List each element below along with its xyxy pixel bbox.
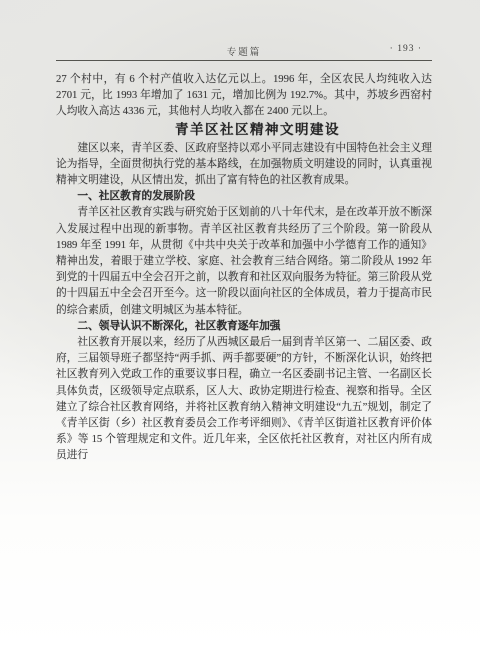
header-page-number: · 193 · bbox=[390, 44, 422, 54]
header-section-label: 专题篇 bbox=[56, 44, 432, 58]
scanned-book-page: 专题篇 · 193 · 27 个村中，有 6 个村产值收入达亿元以上。1996 … bbox=[0, 0, 480, 651]
section-heading-2: 二、领导认识不断深化，社区教育逐年加强 bbox=[56, 318, 432, 334]
section-heading-1: 一、社区教育的发展阶段 bbox=[56, 188, 432, 204]
section-1-paragraph: 青羊区社区教育实践与研究始于区划前的八十年代末，是在改革开放不断深入发展过程中出… bbox=[56, 204, 432, 317]
article-title: 青羊区社区精神文明建设 bbox=[56, 120, 432, 140]
intro-paragraph: 27 个村中，有 6 个村产值收入达亿元以上。1996 年，全区农民人均纯收入达… bbox=[56, 71, 432, 120]
running-header: 专题篇 · 193 · bbox=[56, 44, 432, 61]
section-2-paragraph: 社区教育开展以来，经历了从西城区最后一届到青羊区第一、二届区委、政府，三届领导班… bbox=[56, 334, 432, 464]
page-content: 27 个村中，有 6 个村产值收入达亿元以上。1996 年，全区农民人均纯收入达… bbox=[56, 71, 432, 464]
article-lead-paragraph: 建区以来，青羊区委、区政府坚持以邓小平同志建设有中国特色社会主义理论为指导，全面… bbox=[56, 140, 432, 189]
